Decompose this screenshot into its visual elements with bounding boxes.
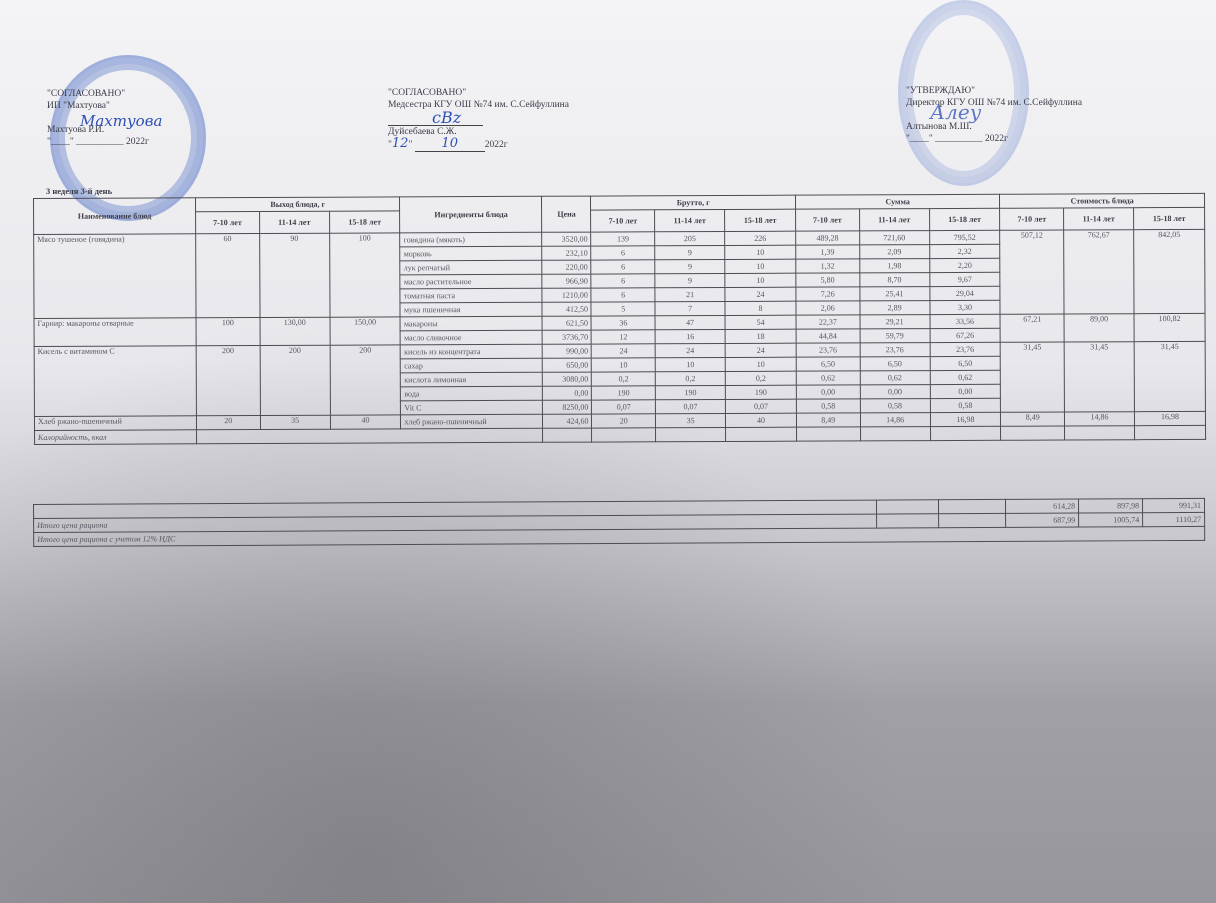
approval-org: ИП "Махтуова" xyxy=(47,100,149,112)
day-label: 3 неделя 3-й день xyxy=(46,186,112,196)
ingredient-name: масло растительное xyxy=(400,274,542,289)
ration-15-18: 1110,27 xyxy=(1143,512,1205,526)
ingredient-sum: 6,50 xyxy=(860,357,930,371)
ingredient-price: 412,50 xyxy=(542,302,591,316)
ingredient-brutto: 205 xyxy=(655,231,725,245)
ingredient-price: 8250,00 xyxy=(543,400,592,414)
ingredient-name: лук репчатый xyxy=(400,260,542,275)
approval-date: "____" __________ 2022г xyxy=(906,133,1082,145)
dish-output: 200 xyxy=(196,346,260,416)
ingredient-sum: 9,67 xyxy=(929,272,1000,286)
header-sum-age-2: 15-18 лет xyxy=(929,208,1000,230)
ingredient-sum: 795,52 xyxy=(929,230,1000,244)
ingredient-name: говядина (мякоть) xyxy=(400,232,542,247)
ingredient-sum: 6,50 xyxy=(796,357,860,371)
dish-cost: 762,67 xyxy=(1064,230,1134,314)
ingredient-sum: 6,50 xyxy=(930,356,1001,370)
ingredient-sum: 2,89 xyxy=(860,301,930,315)
ingredient-sum: 0,00 xyxy=(930,384,1001,398)
header-output-age-0: 7-10 лет xyxy=(196,212,260,234)
approval-title: "УТВЕРЖДАЮ" xyxy=(906,85,1082,97)
ingredient-brutto: 0,2 xyxy=(592,372,656,386)
ingredient-sum: 2,32 xyxy=(929,244,1000,258)
ingredient-name: хлеб ржано-пшеничный xyxy=(401,414,543,429)
ingredient-brutto: 226 xyxy=(725,231,796,245)
ingredient-brutto: 6 xyxy=(591,246,655,260)
ingredient-sum: 0,00 xyxy=(860,385,930,399)
ingredient-sum: 23,76 xyxy=(860,343,930,357)
ingredient-brutto: 21 xyxy=(655,287,725,301)
header-cost-age-2: 15-18 лет xyxy=(1134,207,1205,229)
ingredient-sum: 8,49 xyxy=(796,413,860,427)
ingredient-brutto: 36 xyxy=(591,316,655,330)
subtotal-11-14: 897,98 xyxy=(1079,499,1143,513)
ingredient-brutto: 10 xyxy=(725,273,796,287)
approval-org: Медсестра КГУ ОШ №74 им. С.Сейфуллина xyxy=(388,99,569,111)
ingredient-sum: 721,60 xyxy=(859,231,929,245)
ingredient-price: 650,00 xyxy=(543,358,592,372)
approval-date: "12" 102022г xyxy=(388,138,569,152)
ingredient-brutto: 24 xyxy=(725,287,796,301)
ingredient-sum: 29,21 xyxy=(860,315,930,329)
ingredient-sum: 489,28 xyxy=(796,231,860,245)
dish-cost: 31,45 xyxy=(1064,342,1134,412)
header-price: Цена xyxy=(542,196,591,232)
ingredient-price: 0,00 xyxy=(543,386,592,400)
ingredient-brutto: 35 xyxy=(656,413,726,427)
ingredient-brutto: 40 xyxy=(726,413,797,427)
ingredient-brutto: 6 xyxy=(591,288,655,302)
ingredient-sum: 0,62 xyxy=(860,371,930,385)
ingredient-sum: 33,56 xyxy=(930,314,1001,328)
ingredient-brutto: 47 xyxy=(655,315,725,329)
signature-mark-middle: cBz xyxy=(432,108,461,127)
signature-mark-right: Алеу xyxy=(930,100,981,124)
ingredient-brutto: 54 xyxy=(725,315,796,329)
ingredient-name: мука пшеничная xyxy=(400,302,542,317)
dish-name: Гарнир: макароны отварные xyxy=(34,318,196,347)
ingredient-brutto: 5 xyxy=(591,302,655,316)
ingredient-brutto: 9 xyxy=(655,273,725,287)
dish-name: Мясо тушеное (говядина) xyxy=(34,234,196,319)
ingredient-name: томатная паста xyxy=(400,288,542,303)
dish-output: 35 xyxy=(260,415,330,429)
ingredient-name: масло сливочное xyxy=(401,330,543,345)
date-day: 12 xyxy=(392,136,409,151)
dish-cost: 8,49 xyxy=(1001,412,1065,426)
ingredient-sum: 16,98 xyxy=(930,412,1001,426)
ingredient-name: морковь xyxy=(400,246,542,261)
dish-cost: 507,12 xyxy=(1000,230,1064,314)
ingredient-price: 990,00 xyxy=(543,344,592,358)
dish-output: 100 xyxy=(329,233,400,317)
ingredient-brutto: 190 xyxy=(592,386,656,400)
header-brutto-age-2: 15-18 лет xyxy=(725,209,796,231)
ingredient-price: 1210,00 xyxy=(542,288,591,302)
ingredient-sum: 2,06 xyxy=(796,301,860,315)
ingredient-price: 3520,00 xyxy=(542,232,591,246)
dish-cost: 67,21 xyxy=(1000,314,1064,342)
ingredient-brutto: 7 xyxy=(655,301,725,315)
dish-output: 100 xyxy=(196,318,260,346)
ingredient-sum: 29,04 xyxy=(930,286,1001,300)
ingredient-name: Vit C xyxy=(401,400,543,415)
header-sum-age-1: 11-14 лет xyxy=(859,209,929,231)
ingredient-sum: 8,70 xyxy=(859,273,929,287)
dish-name: Хлеб ржано-пшеничный xyxy=(34,416,196,431)
ingredient-sum: 0,58 xyxy=(796,399,860,413)
ingredient-brutto: 10 xyxy=(655,357,725,371)
ingredient-sum: 59,79 xyxy=(860,329,930,343)
ingredient-brutto: 24 xyxy=(725,343,796,357)
header-sum: Сумма xyxy=(795,194,1000,209)
ingredient-brutto: 6 xyxy=(591,260,655,274)
ingredient-brutto: 10 xyxy=(725,357,796,371)
date-month-field: 10 xyxy=(415,138,485,152)
ingredient-sum: 7,26 xyxy=(796,287,860,301)
ingredient-brutto: 139 xyxy=(591,232,655,246)
ingredient-name: вода xyxy=(401,386,543,401)
ingredient-price: 966,90 xyxy=(542,274,591,288)
header-brutto: Брутто, г xyxy=(591,195,796,210)
header-output: Выход блюда, г xyxy=(196,197,401,212)
ingredient-brutto: 10 xyxy=(725,259,796,273)
dish-output: 200 xyxy=(260,345,330,415)
header-output-age-2: 15-18 лет xyxy=(329,211,400,233)
ingredient-price: 220,00 xyxy=(542,260,591,274)
approval-title: "СОГЛАСОВАНО" xyxy=(47,88,149,100)
ingredient-brutto: 20 xyxy=(592,414,656,428)
ingredient-brutto: 18 xyxy=(725,329,796,343)
ingredient-brutto: 10 xyxy=(725,245,796,259)
ingredient-sum: 0,62 xyxy=(930,370,1001,384)
date-year: 2022г xyxy=(485,140,508,150)
ingredient-brutto: 190 xyxy=(725,385,796,399)
dish-cost: 16,98 xyxy=(1135,411,1206,425)
header-brutto-age-1: 11-14 лет xyxy=(655,209,725,231)
ingredient-sum: 23,76 xyxy=(930,342,1001,356)
ingredient-brutto: 16 xyxy=(655,329,725,343)
subtotal-7-10: 614,28 xyxy=(1006,499,1079,513)
ingredient-price: 232,10 xyxy=(542,246,591,260)
ingredient-sum: 0,62 xyxy=(796,371,860,385)
dish-output: 200 xyxy=(330,345,401,415)
ingredient-sum: 23,76 xyxy=(796,343,860,357)
dish-output: 90 xyxy=(259,233,329,317)
header-cost-age-1: 11-14 лет xyxy=(1064,208,1134,230)
ingredient-sum: 1,32 xyxy=(796,259,860,273)
header-ingredients: Ингредиенты блюда xyxy=(400,196,542,233)
dish-output: 40 xyxy=(330,415,401,429)
calories-label: Калорийность, ккал xyxy=(35,430,197,445)
ingredient-brutto: 8 xyxy=(725,301,796,315)
ingredient-price: 3736,70 xyxy=(543,330,592,344)
ingredient-price: 3080,00 xyxy=(543,372,592,386)
subtotal-15-18: 991,31 xyxy=(1143,498,1205,512)
signature-mark-left: Махтуова xyxy=(80,112,162,130)
dish-cost: 100,82 xyxy=(1134,313,1205,341)
ingredient-brutto: 190 xyxy=(655,385,725,399)
ingredient-sum: 2,09 xyxy=(859,245,929,259)
ingredient-brutto: 10 xyxy=(592,358,656,372)
ingredient-sum: 0,58 xyxy=(930,398,1001,412)
dish-output: 60 xyxy=(196,234,260,318)
dish-output: 130,00 xyxy=(260,317,330,345)
ingredient-sum: 14,86 xyxy=(860,413,930,427)
ingredient-name: сахар xyxy=(401,358,543,373)
dish-cost: 842,05 xyxy=(1134,229,1205,313)
ingredient-brutto: 0,07 xyxy=(726,399,797,413)
ingredient-sum: 1,98 xyxy=(859,259,929,273)
ingredient-brutto: 24 xyxy=(592,344,656,358)
header-cost: Стоимость блюда xyxy=(1000,193,1205,208)
header-brutto-age-0: 7-10 лет xyxy=(591,210,655,232)
ration-11-14: 1005,74 xyxy=(1079,513,1143,527)
ingredient-price: 424,60 xyxy=(543,414,592,428)
dish-cost: 31,45 xyxy=(1134,341,1205,411)
menu-cost-table: Наименование блюд Выход блюда, г Ингреди… xyxy=(33,193,1206,445)
ingredient-price: 621,50 xyxy=(542,316,591,330)
ingredient-name: кислота лимонная xyxy=(401,372,543,387)
ingredient-sum: 0,58 xyxy=(860,399,930,413)
ingredient-sum: 5,80 xyxy=(796,273,860,287)
totals-table: 614,28 897,98 991,31 Итого цена рациона … xyxy=(33,498,1205,547)
approval-date: "____" __________ 2022г xyxy=(47,136,149,148)
ingredient-brutto: 24 xyxy=(655,343,725,357)
ingredient-brutto: 0,07 xyxy=(656,399,726,413)
dish-cost: 14,86 xyxy=(1065,412,1135,426)
ingredient-name: кисель из концентрата xyxy=(401,344,543,359)
ration-7-10: 687,99 xyxy=(1006,513,1079,527)
ingredient-sum: 0,00 xyxy=(796,385,860,399)
ingredient-sum: 22,37 xyxy=(796,315,860,329)
dish-output: 20 xyxy=(196,416,260,430)
ingredient-sum: 44,84 xyxy=(796,329,860,343)
ingredient-brutto: 9 xyxy=(655,245,725,259)
approval-title: "СОГЛАСОВАНО" xyxy=(388,87,569,99)
ingredient-brutto: 0,2 xyxy=(725,371,796,385)
header-sum-age-0: 7-10 лет xyxy=(795,209,859,231)
header-dish-name: Наименование блюд xyxy=(34,198,196,235)
ingredient-name: макароны xyxy=(400,316,542,331)
dish-cost: 89,00 xyxy=(1064,314,1134,342)
ingredient-sum: 67,26 xyxy=(930,328,1001,342)
approval-name: Дуйсебаева С.Ж. xyxy=(388,126,569,138)
dish-name: Кисель с витамином С xyxy=(34,346,196,417)
approval-block-nurse: "СОГЛАСОВАНО" Медсестра КГУ ОШ №74 им. С… xyxy=(388,87,569,152)
header-cost-age-0: 7-10 лет xyxy=(1000,208,1064,230)
header-output-age-1: 11-14 лет xyxy=(259,211,329,233)
ingredient-sum: 2,20 xyxy=(929,258,1000,272)
ingredient-sum: 25,41 xyxy=(859,287,929,301)
ingredient-brutto: 0,07 xyxy=(592,400,656,414)
date-month: 10 xyxy=(441,136,458,151)
ingredient-sum: 3,30 xyxy=(930,300,1001,314)
ingredient-brutto: 0,2 xyxy=(655,371,725,385)
dish-cost: 31,45 xyxy=(1001,342,1065,412)
dish-output: 150,00 xyxy=(330,317,401,345)
ingredient-brutto: 6 xyxy=(591,274,655,288)
ingredient-brutto: 9 xyxy=(655,259,725,273)
ingredient-sum: 1,39 xyxy=(796,245,860,259)
ingredient-brutto: 12 xyxy=(592,330,656,344)
